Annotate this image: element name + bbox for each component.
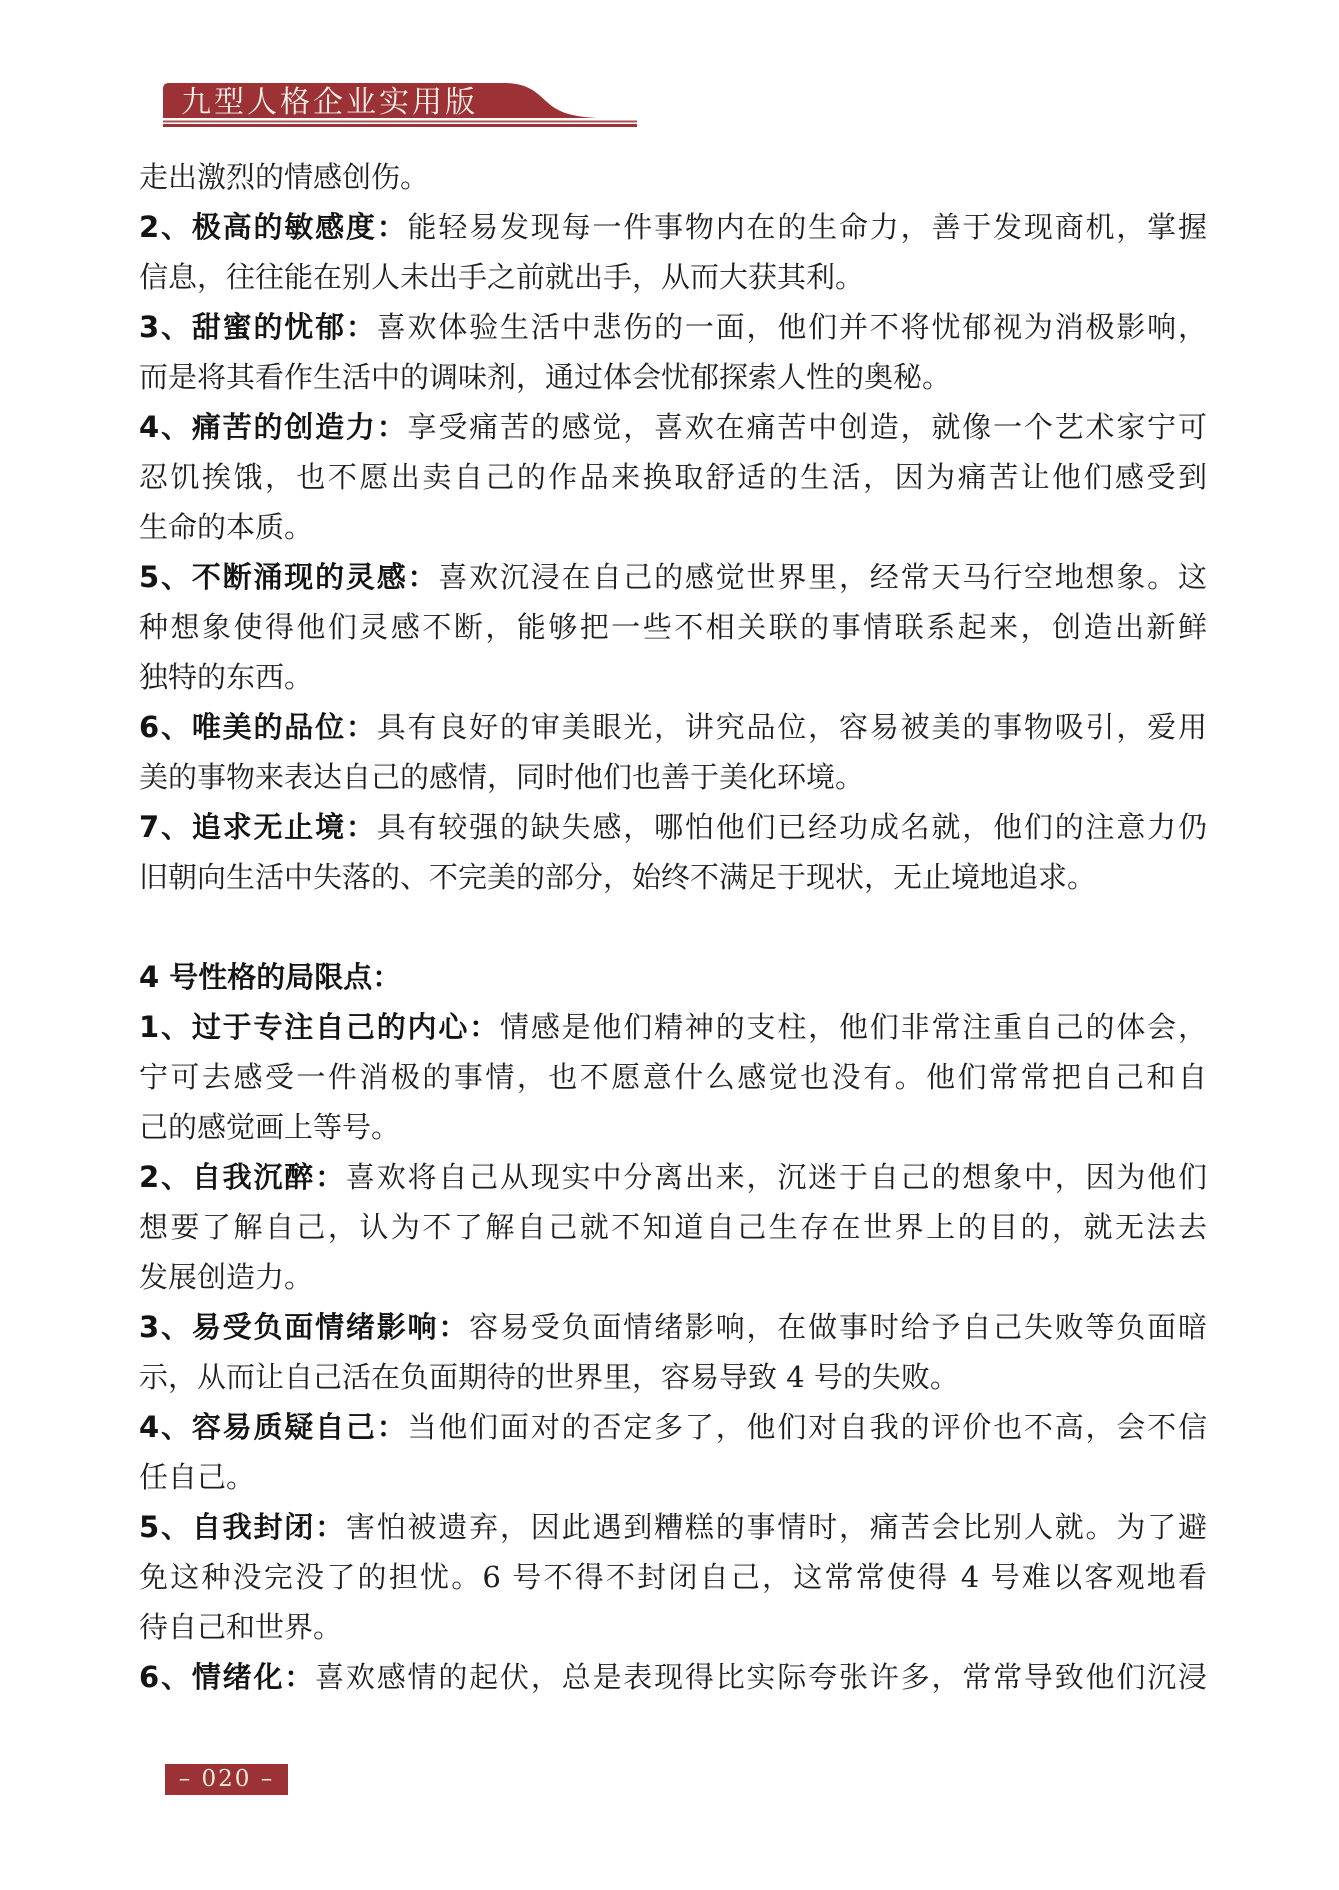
line-text: 生命的本质。 [139,510,313,544]
text-line: 生命的本质。 [139,502,1207,552]
line-text: 具有良好的审美眼光，讲究品位，容易被美的事物吸引，爱用 [377,710,1207,744]
text-line: 2、极高的敏感度：能轻易发现每一件事物内在的生命力，善于发现商机，掌握 [139,202,1207,252]
text-line: 己的感觉画上等号。 [139,1102,1207,1152]
line-text: 害怕被遗弃，因此遇到糟糕的事情时，痛苦会比别人就。为了避 [346,1510,1207,1544]
line-text: 喜欢将自己从现实中分离出来，沉迷于自己的想象中，因为他们 [346,1160,1207,1194]
line-text: 喜欢感情的起伏，总是表现得比实际夸张许多，常常导致他们沉浸 [315,1660,1207,1694]
term-label: 3、甜蜜的忧郁： [139,310,377,344]
term-label: 2、自我沉醉： [139,1160,346,1194]
line-text: 信息，往往能在别人未出手之前就出手，从而大获其利。 [139,260,864,294]
text-line: 5、自我封闭：害怕被遗弃，因此遇到糟糕的事情时，痛苦会比别人就。为了避 [139,1502,1207,1552]
text-line: 4、痛苦的创造力：享受痛苦的感觉，喜欢在痛苦中创造，就像一个艺术家宁可 [139,402,1207,452]
term-label: 7、追求无止境： [139,810,377,844]
line-text: 具有较强的缺失感，哪怕他们已经功成名就，他们的注意力仍 [377,810,1207,844]
text-line: 而是将其看作生活中的调味剂，通过体会忧郁探索人性的奥秘。 [139,352,1207,402]
text-line: 旧朝向生活中失落的、不完美的部分，始终不满足于现状，无止境地追求。 [139,852,1207,902]
page-number-badge: – 020 – [165,1764,288,1795]
page-title: 九型人格企业实用版 [181,86,478,120]
text-line: 2、自我沉醉：喜欢将自己从现实中分离出来，沉迷于自己的想象中，因为他们 [139,1152,1207,1202]
term-label: 2、极高的敏感度： [139,210,408,244]
text-line: 信息，往往能在别人未出手之前就出手，从而大获其利。 [139,252,1207,302]
line-text: 种想象使得他们灵感不断，能够把一些不相关联的事情联系起来，创造出新鲜 [139,610,1207,644]
text-line: 1、过于专注自己的内心：情感是他们精神的支柱，他们非常注重自己的体会， [139,1002,1207,1052]
text-line: 美的事物来表达自己的感情，同时他们也善于美化环境。 [139,752,1207,802]
text-line: 忍饥挨饿，也不愿出卖自己的作品来换取舒适的生活，因为痛苦让他们感受到 [139,452,1207,502]
text-line: 种想象使得他们灵感不断，能够把一些不相关联的事情联系起来，创造出新鲜 [139,602,1207,652]
line-text: 任自己。 [139,1460,255,1494]
blank-line [139,902,1207,952]
text-line: 6、唯美的品位：具有良好的审美眼光，讲究品位，容易被美的事物吸引，爱用 [139,702,1207,752]
line-text: 美的事物来表达自己的感情，同时他们也善于美化环境。 [139,760,864,794]
term-label: 5、不断涌现的灵感： [139,560,438,594]
line-text: 情感是他们精神的支柱，他们非常注重自己的体会， [500,1010,1207,1044]
term-label: 3、易受负面情绪影响： [139,1310,469,1344]
line-text: 享受痛苦的感觉，喜欢在痛苦中创造，就像一个艺术家宁可 [408,410,1207,444]
text-line: 3、甜蜜的忧郁：喜欢体验生活中悲伤的一面，他们并不将忧郁视为消极影响， [139,302,1207,352]
line-text: 忍饥挨饿，也不愿出卖自己的作品来换取舒适的生活，因为痛苦让他们感受到 [139,460,1207,494]
text-line: 示，从而让自己活在负面期待的世界里，容易导致 4 号的失败。 [139,1352,1207,1402]
text-line: 独特的东西。 [139,652,1207,702]
header-rule-top [163,121,637,123]
line-text: 免这种没完没了的担忧。6 号不得不封闭自己，这常常使得 4 号难以客观地看 [139,1560,1207,1594]
line-text: 独特的东西。 [139,660,313,694]
header-rule-bottom [163,124,637,127]
line-text: 待自己和世界。 [139,1610,342,1644]
text-line: 想要了解自己，认为不了解自己就不知道自己生存在世界上的目的，就无法去 [139,1202,1207,1252]
text-line: 4、容易质疑自己：当他们面对的否定多了，他们对自我的评价也不高，会不信 [139,1402,1207,1452]
text-line: 任自己。 [139,1452,1207,1502]
line-text: 宁可去感受一件消极的事情，也不愿意什么感觉也没有。他们常常把自己和自 [139,1060,1207,1094]
line-text: 而是将其看作生活中的调味剂，通过体会忧郁探索人性的奥秘。 [139,360,951,394]
text-line: 走出激烈的情感创伤。 [139,152,1207,202]
line-text: 能轻易发现每一件事物内在的生命力，善于发现商机，掌握 [408,210,1207,244]
text-line: 发展创造力。 [139,1252,1207,1302]
term-label: 5、自我封闭： [139,1510,346,1544]
line-text: 想要了解自己，认为不了解自己就不知道自己生存在世界上的目的，就无法去 [139,1210,1207,1244]
text-line: 待自己和世界。 [139,1602,1207,1652]
term-label: 4 号性格的局限点： [139,960,401,994]
line-text: 示，从而让自己活在负面期待的世界里，容易导致 4 号的失败。 [139,1360,959,1394]
text-line: 4 号性格的局限点： [139,952,1207,1002]
text-line: 5、不断涌现的灵感：喜欢沉浸在自己的感觉世界里，经常天马行空地想象。这 [139,552,1207,602]
line-text: 喜欢沉浸在自己的感觉世界里，经常天马行空地想象。这 [438,560,1207,594]
text-line: 6、情绪化：喜欢感情的起伏，总是表现得比实际夸张许多，常常导致他们沉浸 [139,1652,1207,1702]
line-text: 走出激烈的情感创伤。 [139,160,429,194]
line-text: 喜欢体验生活中悲伤的一面，他们并不将忧郁视为消极影响， [377,310,1207,344]
term-label: 4、痛苦的创造力： [139,410,408,444]
line-text: 己的感觉画上等号。 [139,1110,400,1144]
term-label: 6、唯美的品位： [139,710,377,744]
page: { "header": { "title": "九型人格企业实用版" }, "f… [0,0,1339,1890]
text-line: 3、易受负面情绪影响：容易受负面情绪影响，在做事时给予自己失败等负面暗 [139,1302,1207,1352]
line-text: 发展创造力。 [139,1260,313,1294]
line-text: 当他们面对的否定多了，他们对自我的评价也不高，会不信 [408,1410,1207,1444]
term-label: 6、情绪化： [139,1660,315,1694]
term-label: 1、过于专注自己的内心： [139,1010,500,1044]
text-line: 免这种没完没了的担忧。6 号不得不封闭自己，这常常使得 4 号难以客观地看 [139,1552,1207,1602]
text-line: 7、追求无止境：具有较强的缺失感，哪怕他们已经功成名就，他们的注意力仍 [139,802,1207,852]
content-area: 走出激烈的情感创伤。2、极高的敏感度：能轻易发现每一件事物内在的生命力，善于发现… [139,152,1207,1702]
line-text: 旧朝向生活中失落的、不完美的部分，始终不满足于现状，无止境地追求。 [139,860,1096,894]
term-label: 4、容易质疑自己： [139,1410,408,1444]
line-text: 容易受负面情绪影响，在做事时给予自己失败等负面暗 [469,1310,1207,1344]
text-line: 宁可去感受一件消极的事情，也不愿意什么感觉也没有。他们常常把自己和自 [139,1052,1207,1102]
